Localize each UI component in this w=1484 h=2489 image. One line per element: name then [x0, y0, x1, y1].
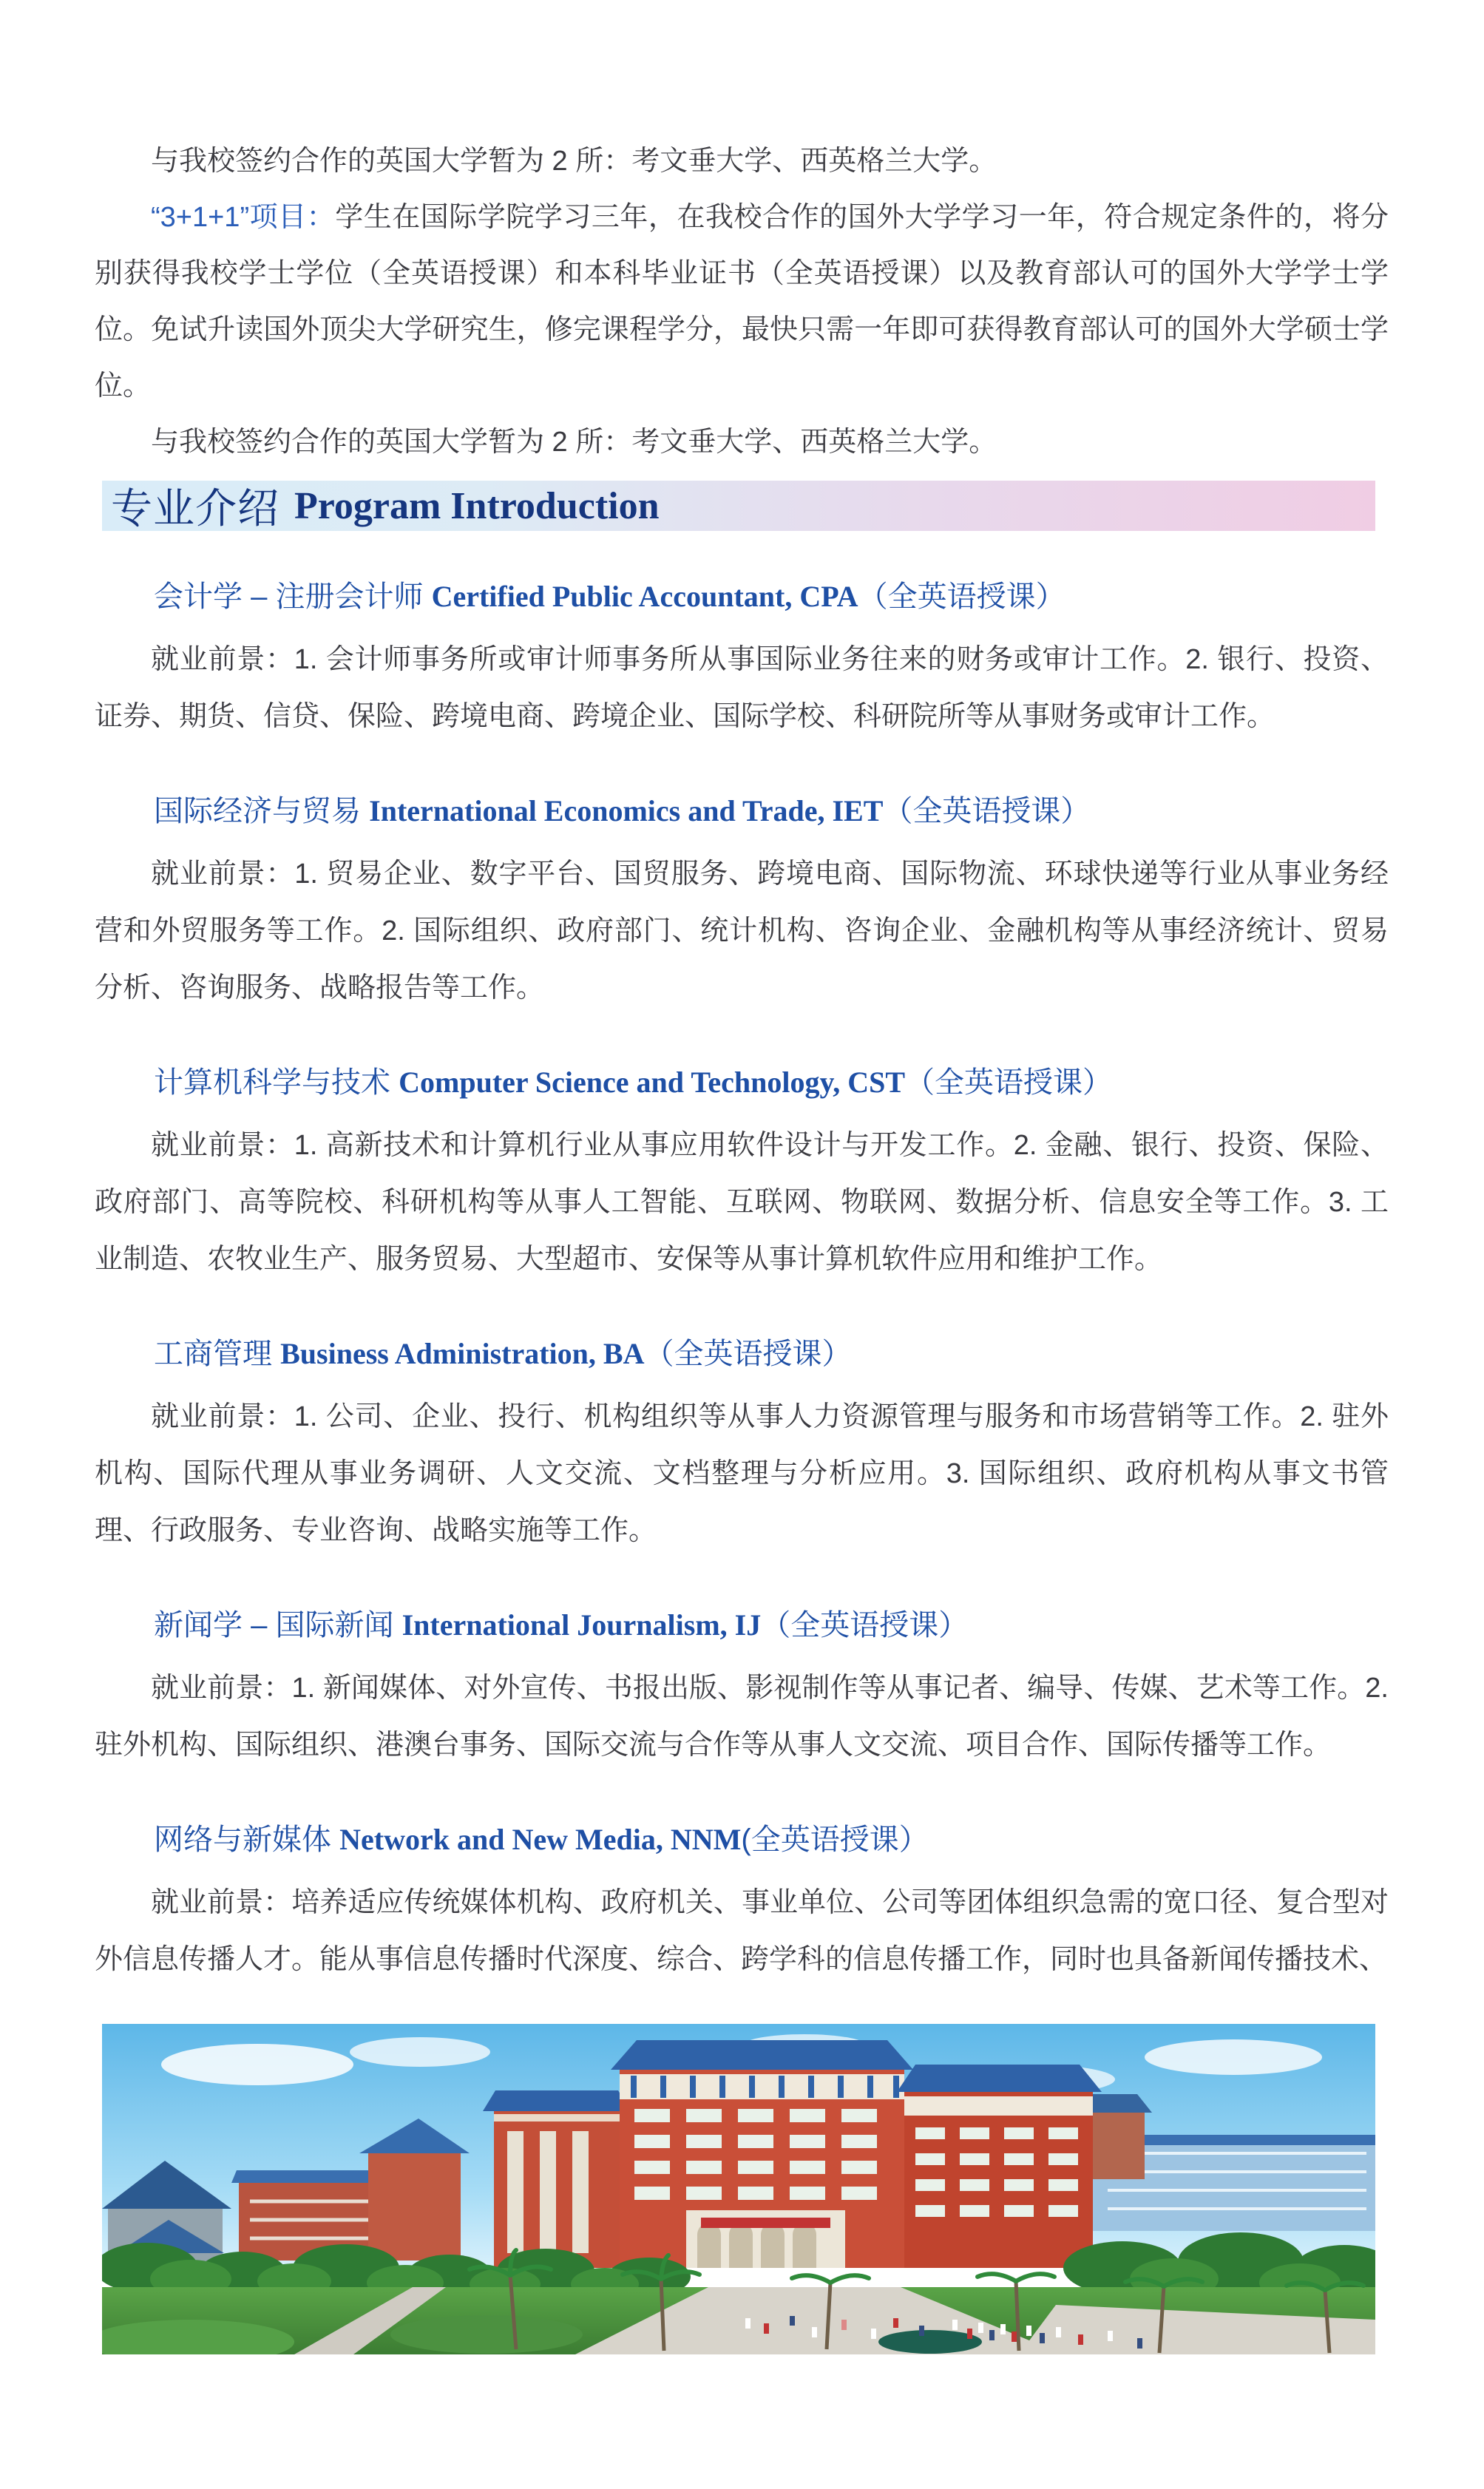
program-section-cst: 计算机科学与技术 Computer Science and Technology…: [95, 1064, 1389, 1288]
program-section-ij: 新闻学 – 国际新闻 International Journalism, IJ（…: [95, 1607, 1389, 1774]
program-section-ba: 工商管理 Business Administration, BA（全英语授课） …: [95, 1335, 1389, 1560]
program-description: 就业前景：1. 贸易企业、数字平台、国贸服务、跨境电商、国际物流、环球快递等行业…: [95, 846, 1389, 1017]
program-section-nnm: 网络与新媒体 Network and New Media, NNM(全英语授课）…: [95, 1821, 1389, 1988]
program-description: 就业前景：1. 公司、企业、投行、机构组织等从事人力资源管理与服务和市场营销等工…: [95, 1389, 1389, 1560]
brochure-page: 与我校签约合作的英国大学暂为 2 所：考文垂大学、西英格兰大学。 “3+1+1”…: [0, 0, 1484, 2489]
program-title: 新闻学 – 国际新闻 International Journalism, IJ（…: [95, 1607, 1389, 1644]
program-title-en: Network and New Media, NNM: [339, 1823, 741, 1856]
intro-paragraph-project: “3+1+1”项目：学生在国际学院学习三年，在我校合作的国外大学学习一年，符合规…: [95, 189, 1389, 414]
program-title-zh: 网络与新媒体: [154, 1823, 339, 1856]
page-content: 与我校签约合作的英国大学暂为 2 所：考文垂大学、西英格兰大学。 “3+1+1”…: [95, 0, 1389, 2354]
program-section-iet: 国际经济与贸易 International Economics and Trad…: [95, 793, 1389, 1017]
program-title: 计算机科学与技术 Computer Science and Technology…: [95, 1064, 1389, 1101]
program-description: 就业前景：1. 新闻媒体、对外宣传、书报出版、影视制作等从事记者、编导、传媒、艺…: [95, 1660, 1389, 1774]
program-title-en: International Journalism, IJ: [402, 1608, 762, 1642]
program-title-note: （全英语授课）: [644, 1338, 851, 1370]
intro-paragraph-1: 与我校签约合作的英国大学暂为 2 所：考文垂大学、西英格兰大学。: [95, 133, 1389, 189]
program-title-note: （全英语授课）: [883, 795, 1090, 827]
program-title-note: (全英语授课）: [741, 1823, 928, 1856]
program-title-en: Certified Public Accountant, CPA: [432, 580, 858, 613]
campus-photo-illustration: [102, 2024, 1375, 2354]
program-title-en: Business Administration, BA: [280, 1337, 644, 1370]
program-title-en: Computer Science and Technology, CST: [399, 1066, 905, 1099]
program-title-note: （全英语授课）: [905, 1066, 1112, 1099]
program-description: 就业前景：1. 高新技术和计算机行业从事应用软件设计与开发工作。2. 金融、银行…: [95, 1117, 1389, 1288]
program-description: 就业前景：1. 会计师事务所或审计师事务所从事国际业务往来的财务或审计工作。2.…: [95, 631, 1389, 745]
section-header-en: Program Introduction: [294, 484, 660, 528]
campus-photo: [102, 2024, 1375, 2354]
section-header-zh: 专业介绍: [111, 476, 279, 535]
project-label-3-1-1: “3+1+1”项目：: [151, 202, 335, 233]
program-title: 网络与新媒体 Network and New Media, NNM(全英语授课）: [95, 1821, 1389, 1858]
section-header-bar: 专业介绍 Program Introduction: [102, 481, 1375, 531]
program-description: 就业前景：培养适应传统媒体机构、政府机关、事业单位、公司等团体组织急需的宽口径、…: [95, 1875, 1389, 1988]
program-section-cpa: 会计学 – 注册会计师 Certified Public Accountant,…: [95, 578, 1389, 745]
program-title-en: International Economics and Trade, IET: [369, 794, 883, 827]
program-title-zh: 国际经济与贸易: [154, 795, 369, 827]
program-title: 会计学 – 注册会计师 Certified Public Accountant,…: [95, 578, 1389, 615]
program-title: 工商管理 Business Administration, BA（全英语授课）: [95, 1335, 1389, 1372]
program-title-note: （全英语授课）: [761, 1609, 968, 1642]
program-title-zh: 计算机科学与技术: [154, 1066, 399, 1099]
program-title-zh: 会计学 – 注册会计师: [154, 580, 432, 613]
intro-paragraph-2: 与我校签约合作的英国大学暂为 2 所：考文垂大学、西英格兰大学。: [95, 414, 1389, 470]
program-title: 国际经济与贸易 International Economics and Trad…: [95, 793, 1389, 830]
program-title-zh: 新闻学 – 国际新闻: [154, 1609, 402, 1642]
program-title-note: （全英语授课）: [858, 580, 1065, 613]
program-title-zh: 工商管理: [154, 1338, 280, 1370]
